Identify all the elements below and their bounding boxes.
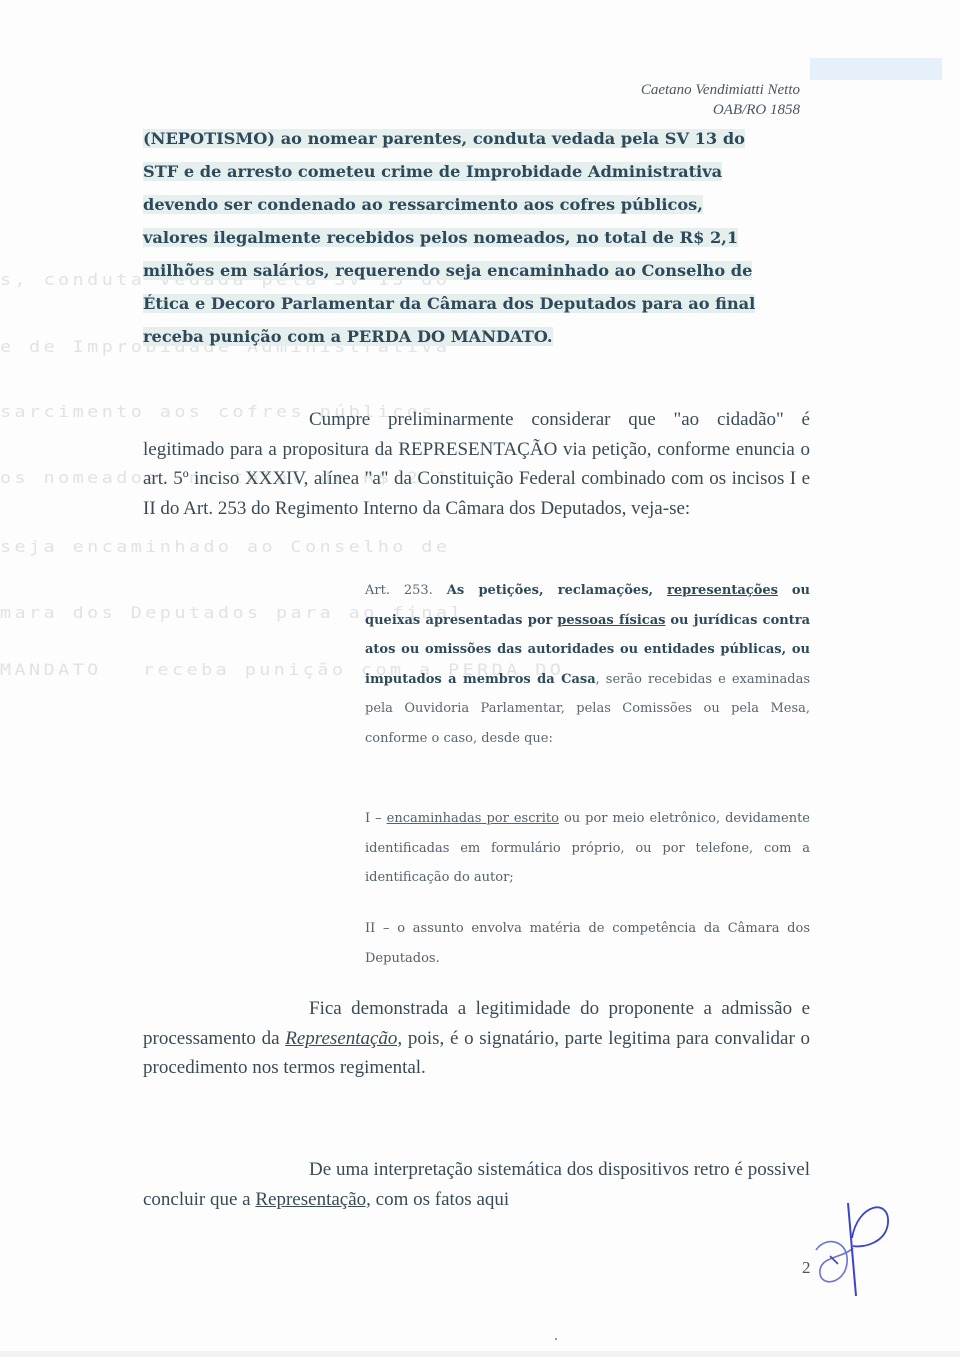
quoted-article-253: Art. 253. As petições, reclamações, repr… [365, 576, 810, 753]
bold-line: receba punição com a PERDA DO MANDATO. [143, 320, 810, 353]
bold-line: milhões em salários, requerendo seja enc… [143, 254, 810, 287]
page-bottom-edge [0, 1351, 960, 1357]
letterhead: Caetano Vendimiatti Netto OAB/RO 1858 [641, 80, 800, 120]
author-name: Caetano Vendimiatti Netto [641, 80, 800, 100]
quoted-item-2: II – o assunto envolva matéria de compet… [365, 914, 810, 973]
bold-line: devendo ser condenado ao ressarcimento a… [143, 188, 810, 221]
stamp-box [810, 58, 942, 80]
oab-number: OAB/RO 1858 [641, 100, 800, 120]
bold-paragraph: (NEPOTISMO) ao nomear parentes, conduta … [143, 122, 810, 353]
paragraph-interpretation: De uma interpretação sistemática dos dis… [143, 1155, 810, 1214]
representacao-link: Representação, [285, 1028, 402, 1049]
bold-line: (NEPOTISMO) ao nomear parentes, conduta … [143, 122, 810, 155]
paragraph-demonstration: Fica demonstrada a legitimidade do propo… [143, 994, 810, 1083]
quoted-item-1: I – encaminhadas por escrito ou por meio… [365, 804, 810, 893]
scan-speck [555, 1338, 557, 1340]
representacao-link: Representação, [255, 1189, 371, 1210]
paragraph-legitimacy: Cumpre preliminarmente considerar que "a… [143, 405, 810, 523]
bold-line: STF e de arresto cometeu crime de Improb… [143, 155, 810, 188]
bold-line: Ética e Decoro Parlamentar da Câmara dos… [143, 287, 810, 320]
bleed-through-text: seja encaminhado ao Conselho de [0, 537, 450, 556]
bleed-through-text: MANDATO [0, 660, 102, 679]
signature-icon [808, 1198, 898, 1302]
bold-line: valores ilegalmente recebidos pelos nome… [143, 221, 810, 254]
